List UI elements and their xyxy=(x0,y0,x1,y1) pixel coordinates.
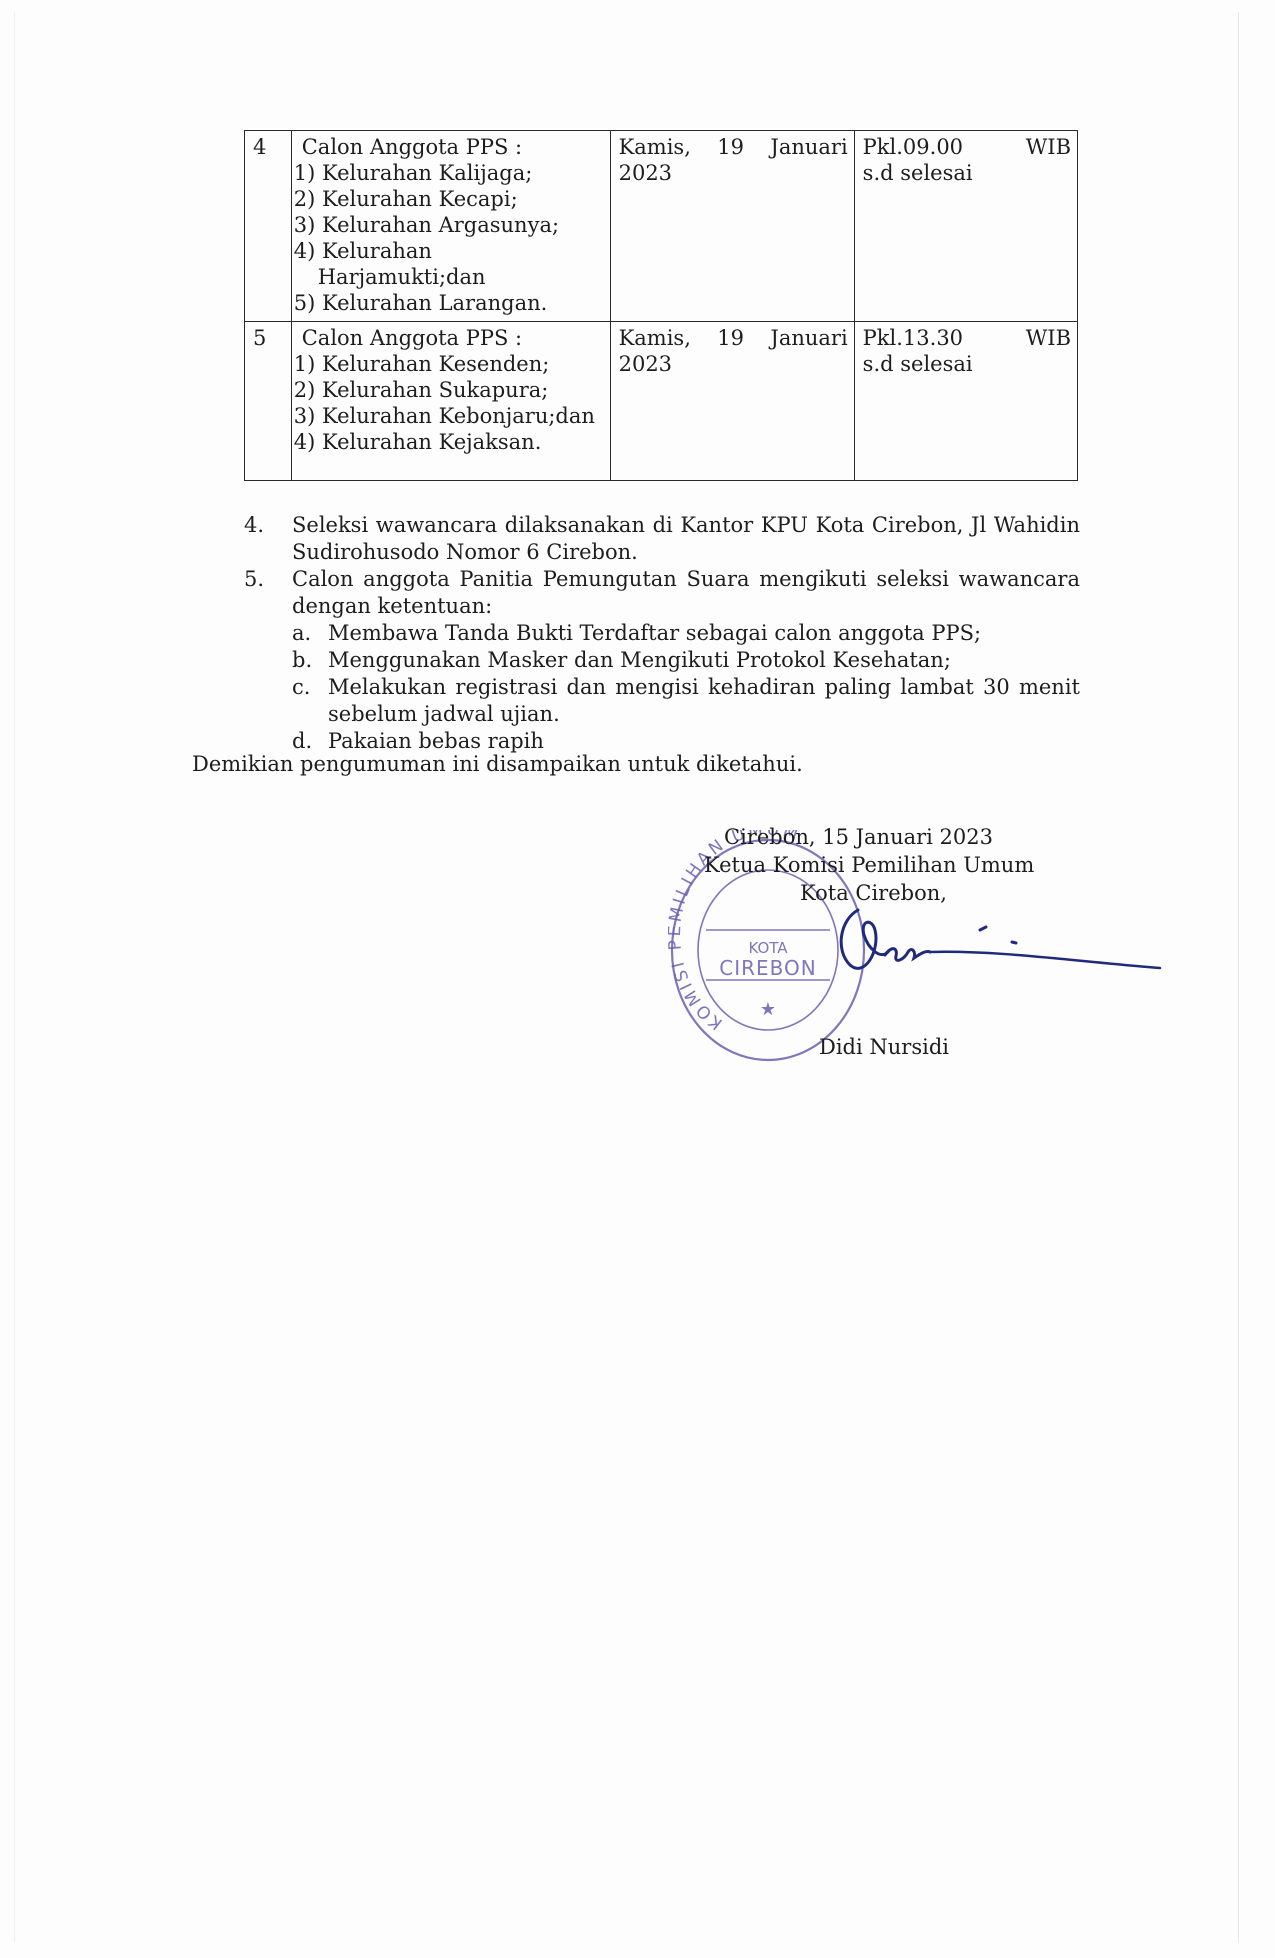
participant-group: Calon Anggota PPS :1) Kelurahan Kesenden… xyxy=(291,322,610,481)
note-item: 4. Seleksi wawancara dilaksanakan di Kan… xyxy=(244,512,1080,566)
note-item: 5. Calon anggota Panitia Pemungutan Suar… xyxy=(244,566,1080,620)
provision-letter: c. xyxy=(292,674,328,728)
page-edge xyxy=(14,12,15,1942)
kelurahan-item: 3) Kelurahan Kebonjaru;dan xyxy=(292,403,604,429)
provision-letter: b. xyxy=(292,647,328,674)
participant-group: Calon Anggota PPS :1) Kelurahan Kalijaga… xyxy=(291,131,610,322)
provision-item: c. Melakukan registrasi dan mengisi keha… xyxy=(292,674,1080,728)
svg-text:★: ★ xyxy=(760,999,776,1020)
schedule-time: Pkl.13.30WIBs.d selesai xyxy=(854,322,1077,481)
schedule-date: Kamis,19Januari2023 xyxy=(610,131,854,322)
provision-text: Membawa Tanda Bukti Terdaftar sebagai ca… xyxy=(328,620,1080,647)
kelurahan-item: 2) Kelurahan Kecapi; xyxy=(292,186,604,212)
table-row: 5Calon Anggota PPS :1) Kelurahan Kesende… xyxy=(245,322,1078,481)
signature-block: Cirebon, 15 Januari 2023 Ketua Komisi Pe… xyxy=(704,823,1084,907)
provision-text: Melakukan registrasi dan mengisi kehadir… xyxy=(328,674,1080,728)
signatory-title: Ketua Komisi Pemilihan Umum xyxy=(704,851,1084,879)
row-number: 4 xyxy=(245,131,292,322)
provision-letter: a. xyxy=(292,620,328,647)
note-number: 5. xyxy=(244,566,292,620)
signatory-name: Didi Nursidi xyxy=(819,1033,949,1061)
kelurahan-item: 4) Kelurahan Kejaksan. xyxy=(292,429,604,455)
provision-text: Pakaian bebas rapih xyxy=(328,728,1080,755)
kelurahan-item: 1) Kelurahan Kalijaga; xyxy=(292,160,604,186)
note-number: 4. xyxy=(244,512,292,566)
signatory-title-city: Kota Cirebon, xyxy=(704,879,1084,907)
provision-text: Menggunakan Masker dan Mengikuti Protoko… xyxy=(328,647,1080,674)
provision-item: d. Pakaian bebas rapih xyxy=(292,728,1080,755)
kelurahan-item: 3) Kelurahan Argasunya; xyxy=(292,212,604,238)
row-number: 5 xyxy=(245,322,292,481)
kelurahan-item: 2) Kelurahan Sukapura; xyxy=(292,377,604,403)
kelurahan-item: 1) Kelurahan Kesenden; xyxy=(292,351,604,377)
kelurahan-item: 5) Kelurahan Larangan. xyxy=(292,290,604,316)
place-date: Cirebon, 15 Januari 2023 xyxy=(704,823,1084,851)
kelurahan-item: 4) KelurahanHarjamukti;dan xyxy=(292,238,604,290)
handwritten-signature xyxy=(780,890,1170,1010)
provision-item: a. Membawa Tanda Bukti Terdaftar sebagai… xyxy=(292,620,1080,647)
closing-statement: Demikian pengumuman ini disampaikan untu… xyxy=(192,752,803,776)
page-edge xyxy=(1238,12,1239,1942)
note-text: Calon anggota Panitia Pemungutan Suara m… xyxy=(292,566,1080,620)
provision-letter: d. xyxy=(292,728,328,755)
provision-item: b. Menggunakan Masker dan Mengikuti Prot… xyxy=(292,647,1080,674)
schedule-date: Kamis,19Januari2023 xyxy=(610,322,854,481)
schedule-time: Pkl.09.00WIBs.d selesai xyxy=(854,131,1077,322)
notes-section: 4. Seleksi wawancara dilaksanakan di Kan… xyxy=(244,512,1080,755)
schedule-table: 4Calon Anggota PPS :1) Kelurahan Kalijag… xyxy=(244,130,1078,481)
table-row: 4Calon Anggota PPS :1) Kelurahan Kalijag… xyxy=(245,131,1078,322)
note-text: Seleksi wawancara dilaksanakan di Kantor… xyxy=(292,512,1080,566)
